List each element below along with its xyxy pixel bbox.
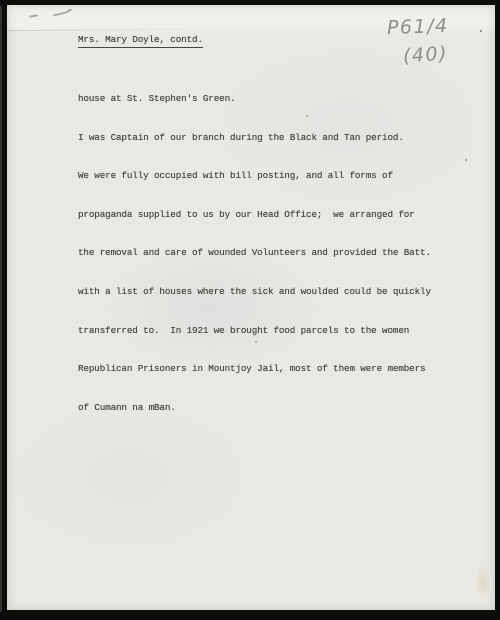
body-line: We were fully occupied with bill posting…: [78, 168, 431, 185]
document-page: Mrs. Mary Doyle, contd. P61/4 (40) house…: [7, 5, 495, 610]
page-number-annotation: (40): [402, 42, 448, 67]
paper-speck: [480, 30, 482, 32]
document-body: house at St. Stephen's Green. I was Capt…: [78, 69, 431, 438]
paper-stain: [475, 565, 491, 599]
pencil-scribble: [29, 14, 38, 17]
body-line: of Cumann na mBan.: [78, 400, 431, 417]
body-line: transferred to. In 1921 we brought food …: [78, 323, 431, 340]
pencil-scribble: [53, 11, 66, 16]
body-line: I was Captain of our branch during the B…: [78, 130, 431, 147]
body-line: Republican Prisoners in Mountjoy Jail, m…: [78, 361, 431, 378]
pencil-scribble: [65, 8, 72, 13]
body-line: house at St. Stephen's Green.: [78, 91, 431, 108]
scanned-document-frame: Mrs. Mary Doyle, contd. P61/4 (40) house…: [0, 0, 500, 620]
document-title: Mrs. Mary Doyle, contd.: [78, 34, 203, 48]
body-line: propaganda supplied to us by our Head Of…: [78, 207, 431, 224]
body-line: with a list of houses where the sick and…: [78, 284, 431, 301]
archive-reference-annotation: P61/4: [387, 15, 449, 39]
paper-speck: [465, 159, 467, 161]
page-top-seam: [7, 28, 247, 32]
body-line: the removal and care of wounded Voluntee…: [78, 245, 431, 262]
